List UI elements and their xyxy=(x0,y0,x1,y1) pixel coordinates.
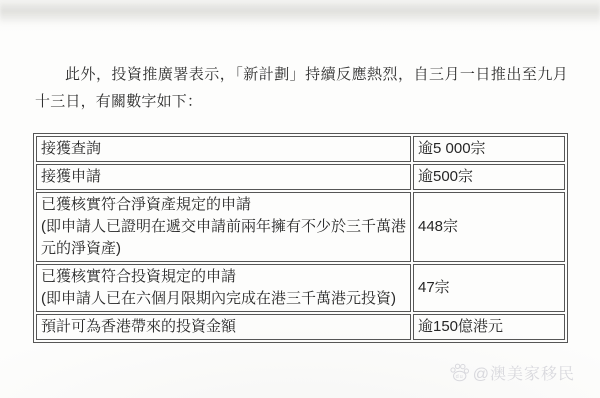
row-value-cell: 逾150億港元 xyxy=(413,314,565,340)
row-note: (即申請人已在六個月限期內完成在港三千萬港元投資) xyxy=(41,288,406,310)
table-row: 已獲核實符合淨資產規定的申請 (即申請人已證明在遞交申請前兩年擁有不少於三千萬港… xyxy=(36,192,565,262)
row-label-cell: 已獲核實符合淨資產規定的申請 (即申請人已證明在遞交申請前兩年擁有不少於三千萬港… xyxy=(36,192,411,262)
watermark-text: @澳美家移民 xyxy=(473,361,575,384)
row-label: 接獲申請 xyxy=(41,166,406,188)
photo-top-shadow xyxy=(0,2,600,24)
row-value-cell: 47宗 xyxy=(413,264,565,312)
row-label-cell: 接獲查詢 xyxy=(36,136,411,162)
row-value-cell: 逾500宗 xyxy=(413,164,565,190)
row-label-cell: 已獲核實符合投資規定的申請 (即申請人已在六個月限期內完成在港三千萬港元投資) xyxy=(36,264,411,312)
row-label: 預計可為香港帶來的投資金額 xyxy=(41,316,406,338)
row-label-cell: 預計可為香港帶來的投資金額 xyxy=(36,314,411,340)
table-row: 預計可為香港帶來的投資金額 逾150億港元 xyxy=(36,314,565,340)
baidu-paw-icon: du xyxy=(449,362,470,383)
watermark: du @澳美家移民 xyxy=(449,361,575,384)
intro-paragraph: 此外，投資推廣署表示，「新計劃」持續反應熱烈，自三月一日推出至九月十三日，有關數… xyxy=(35,61,568,115)
row-note: (即申請人已證明在遞交申請前兩年擁有不少於三千萬港元的淨資產) xyxy=(41,216,406,260)
paw-du-label: du xyxy=(455,374,463,380)
row-label: 已獲核實符合投資規定的申請 xyxy=(41,266,406,288)
row-value-cell: 逾5 000宗 xyxy=(413,136,565,162)
statistics-table: 接獲查詢 逾5 000宗 接獲申請 逾500宗 已獲核實符合淨資產規定的申請 (… xyxy=(33,133,568,343)
row-label-cell: 接獲申請 xyxy=(36,164,411,190)
statistics-table-container: 接獲查詢 逾5 000宗 接獲申請 逾500宗 已獲核實符合淨資產規定的申請 (… xyxy=(33,133,568,343)
row-value-cell: 448宗 xyxy=(413,192,565,262)
table-row: 已獲核實符合投資規定的申請 (即申請人已在六個月限期內完成在港三千萬港元投資) … xyxy=(36,264,565,312)
table-row: 接獲申請 逾500宗 xyxy=(36,164,565,190)
row-label: 接獲查詢 xyxy=(41,138,406,160)
row-label: 已獲核實符合淨資產規定的申請 xyxy=(41,194,406,216)
table-row: 接獲查詢 逾5 000宗 xyxy=(36,136,565,162)
